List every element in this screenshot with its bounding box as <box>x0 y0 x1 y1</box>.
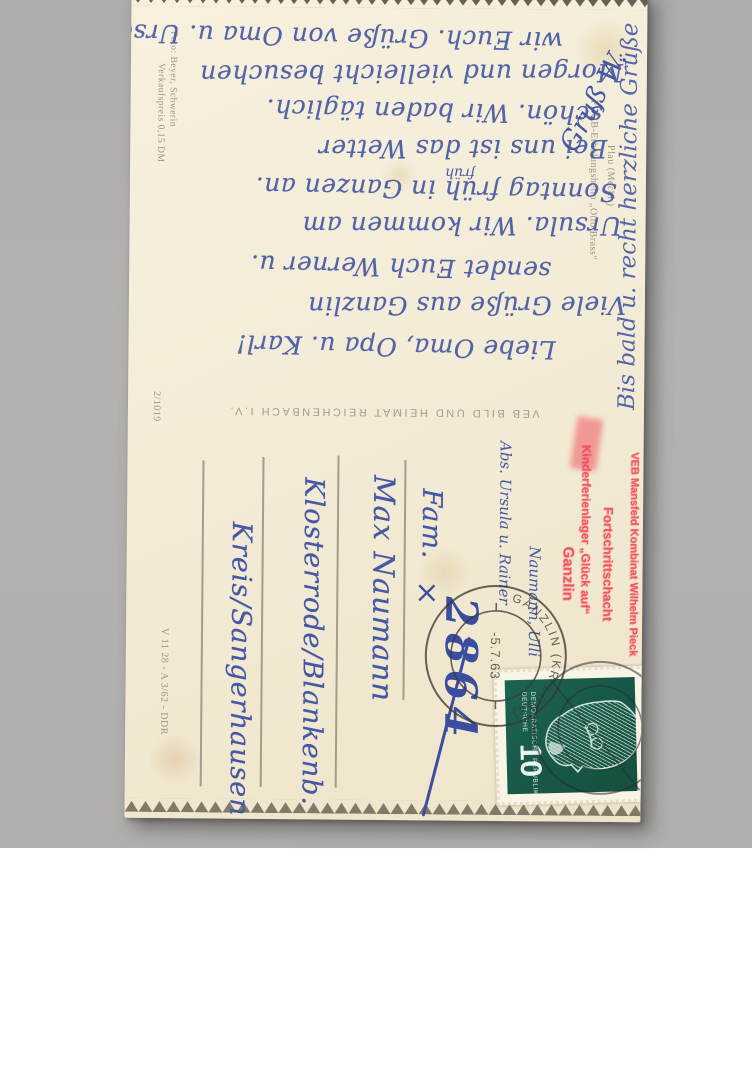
sender-line: Naumann, Ulli <box>525 546 544 657</box>
message-insertion: früh <box>415 164 475 181</box>
message-line: Liebe Oma, Opa u. Karl! <box>185 321 556 364</box>
message-line: Morgen und vielleicht besuchen <box>153 51 623 89</box>
cachet-line: VEB Mansfeld Kombinat Wilhelm Pieck <box>627 452 641 656</box>
address-rule <box>200 460 204 786</box>
message-line: Viele Grüße aus Ganzlin <box>176 284 626 321</box>
address-rule <box>335 456 339 788</box>
address-rule <box>402 460 406 700</box>
paper-stain <box>145 736 205 783</box>
message-line: schön. Wir baden täglich. <box>147 84 603 130</box>
address-rule <box>260 457 264 787</box>
message-line: sendet Euch Werner u. <box>151 240 552 285</box>
postage-stamp: DEUTSCHE DEMOKRATISCHE REPUBLIK 10 <box>493 666 647 806</box>
message-line: Ursula. Wir kommen am <box>152 204 622 241</box>
stamp-value: 10 <box>512 743 547 777</box>
message-line: Sonntag früh in Ganzen an. <box>167 163 618 207</box>
deckle-edge-top <box>131 0 647 10</box>
message-line: Bei uns ist das Wetter <box>187 127 607 163</box>
cachet-smudge <box>570 416 603 471</box>
postcard: Foto: Beyer, Schwerin Verkaufspreis 0,15… <box>124 0 647 822</box>
stamp-panel: DEUTSCHE DEMOKRATISCHE REPUBLIK 10 <box>505 677 638 794</box>
address-district: Kreis/Sangerhausen <box>223 522 257 817</box>
address-street: Klosterrode/Blankenb. <box>295 477 329 806</box>
print-code-imprint: V 11 28 - A 3/62 - DDR <box>158 628 170 735</box>
publisher-imprint: VEB BILD UND HEIMAT REICHENBACH I.V. <box>188 400 580 419</box>
message-line: wir Euch. Grüße von Oma u. Ursel <box>143 12 564 56</box>
order-number-imprint: 2/1019 <box>151 391 162 422</box>
address-name: Max Naumann <box>365 475 401 702</box>
sender-line: Abs. Ursula u. Rainer <box>495 441 514 605</box>
address-salutation: Fam. <box>416 488 448 559</box>
stamp-country-line: DEUTSCHE <box>520 692 528 733</box>
cachet-line: Ganzlin <box>559 547 576 601</box>
cachet-line: Fortschrittschacht <box>600 507 616 621</box>
